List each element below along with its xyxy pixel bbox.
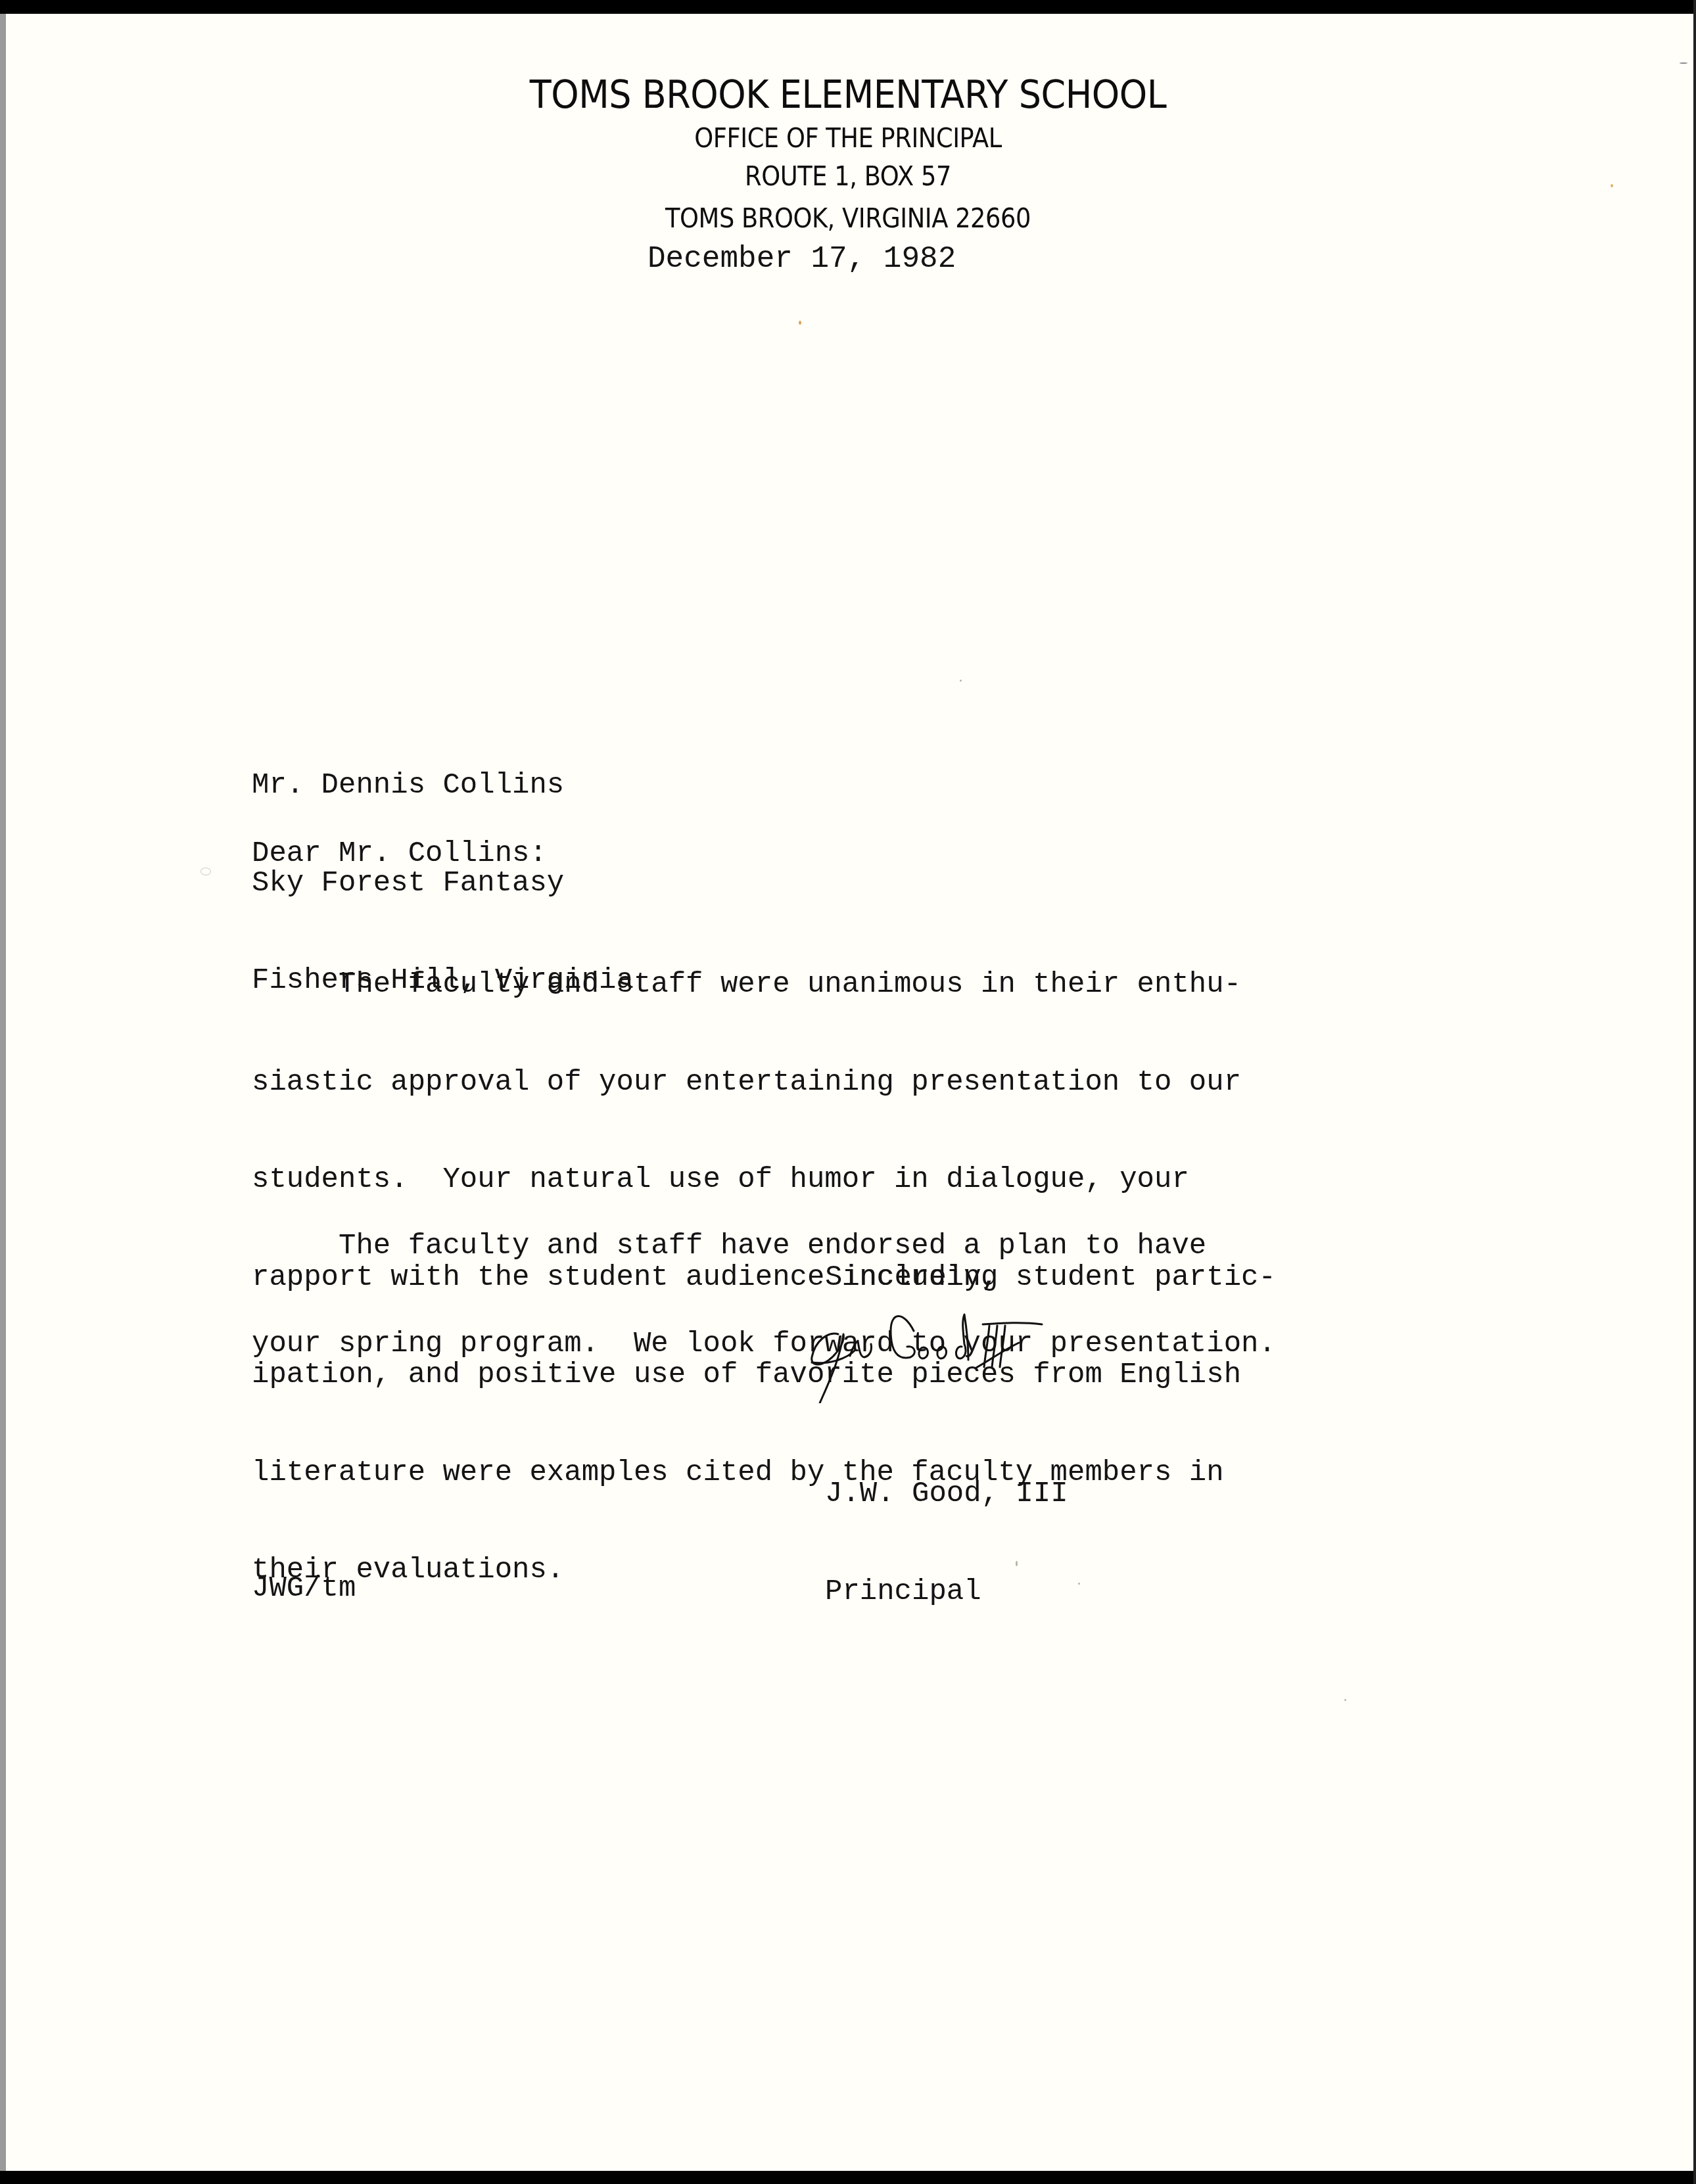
body-line: siastic approval of your entertaining pr… (252, 1067, 1276, 1100)
body-line: your spring program. We look forward to … (252, 1328, 1276, 1361)
complimentary-close: Sincerely, (825, 1262, 999, 1295)
body-line: The faculty and staff have endorsed a pl… (252, 1230, 1276, 1263)
street-address: ROUTE 1, BOX 57 (68, 162, 1628, 192)
scan-border-bottom (0, 2171, 1696, 2184)
recipient-name: Mr. Dennis Collins (252, 770, 634, 802)
signer-name: J.W. Good, III (825, 1478, 1068, 1511)
body-line: literature were examples cited by the fa… (252, 1457, 1276, 1490)
scan-border-left (0, 14, 6, 2184)
office-line: OFFICE OF THE PRINCIPAL (68, 124, 1628, 154)
scan-border-right (1693, 0, 1696, 2184)
body-paragraph-2: The faculty and staff have endorsed a pl… (252, 1165, 1276, 1393)
signer-title: Principal (825, 1576, 1068, 1609)
school-name: TOMS BROOK ELEMENTARY SCHOOL (59, 72, 1636, 117)
salutation: Dear Mr. Collins: (252, 838, 547, 871)
city-state-zip: TOMS BROOK, VIRGINIA 22660 (68, 204, 1628, 234)
letter-date: December 17, 1982 (648, 243, 956, 276)
recipient-organization: Sky Forest Fantasy (252, 868, 634, 900)
signature-icon (792, 1305, 1121, 1403)
body-line: The faculty and staff were unanimous in … (252, 969, 1276, 1002)
reference-initials: JWG/tm (252, 1573, 356, 1606)
scan-border-top (0, 0, 1696, 14)
body-line: their evaluations. (252, 1554, 1276, 1587)
signature-block: J.W. Good, III Principal (825, 1413, 1068, 1641)
